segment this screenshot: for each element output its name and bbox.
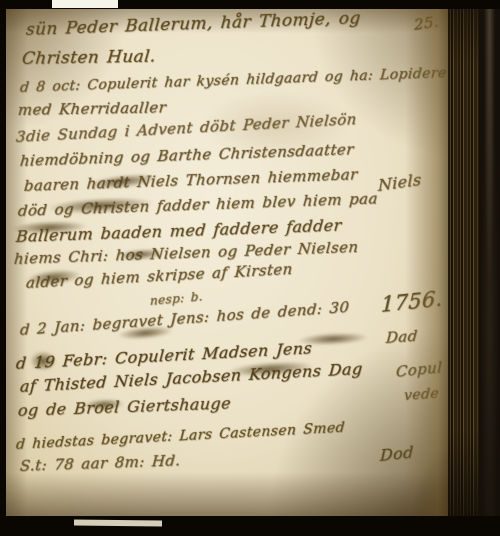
paper-slip-bottom (74, 520, 162, 527)
book-cover-edge (479, 0, 500, 536)
book-page-edges (448, 0, 482, 536)
handwritten-line: med Kherridaaller (17, 98, 167, 119)
photo-border-left (0, 0, 6, 536)
ink-smudge (30, 351, 56, 371)
manuscript-photo: sün Peder Ballerum, hår Thomje, og Chris… (0, 0, 500, 536)
paper-slip-top (52, 0, 118, 8)
handwritten-line: Christen Hual. (21, 47, 157, 69)
